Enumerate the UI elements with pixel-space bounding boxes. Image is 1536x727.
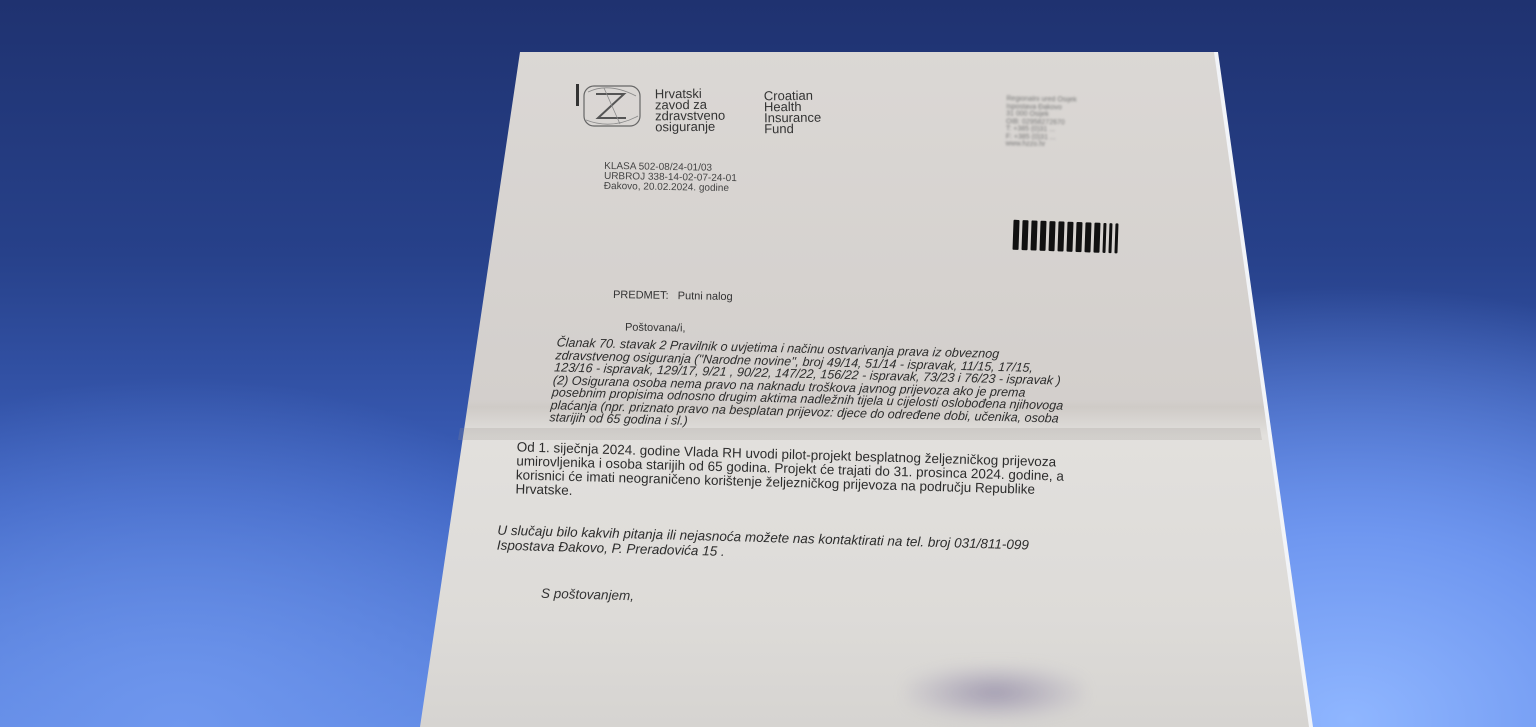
subject-line: PREDMET: Putni nalog bbox=[613, 289, 733, 303]
closing: S poštovanjem, bbox=[541, 586, 634, 604]
org-name-english: Croatian Health Insurance Fund bbox=[764, 90, 822, 135]
greeting: Poštovana/i, bbox=[625, 321, 686, 334]
subject-value: Putni nalog bbox=[678, 290, 733, 303]
org-name-line: osiguranje bbox=[655, 121, 725, 133]
address-line: www.hzzo.hr bbox=[1006, 140, 1077, 149]
document-references: KLASA 502-08/24-01/03 URBROJ 338-14-02-0… bbox=[604, 162, 737, 194]
article-quote: Članak 70. stavak 2 Pravilnik o uvjetima… bbox=[549, 336, 1069, 437]
blurred-signature-icon bbox=[905, 665, 1085, 720]
org-name-croatian: Hrvatski zavod za zdravstveno osiguranje bbox=[655, 88, 726, 133]
redacted-barcode-icon bbox=[1013, 220, 1142, 254]
address-block: Regionalni ured Osijek Ispostava Đakovo … bbox=[1006, 95, 1077, 149]
hzzo-z-logo-icon bbox=[574, 80, 644, 130]
subject-label: PREDMET: bbox=[613, 289, 669, 302]
